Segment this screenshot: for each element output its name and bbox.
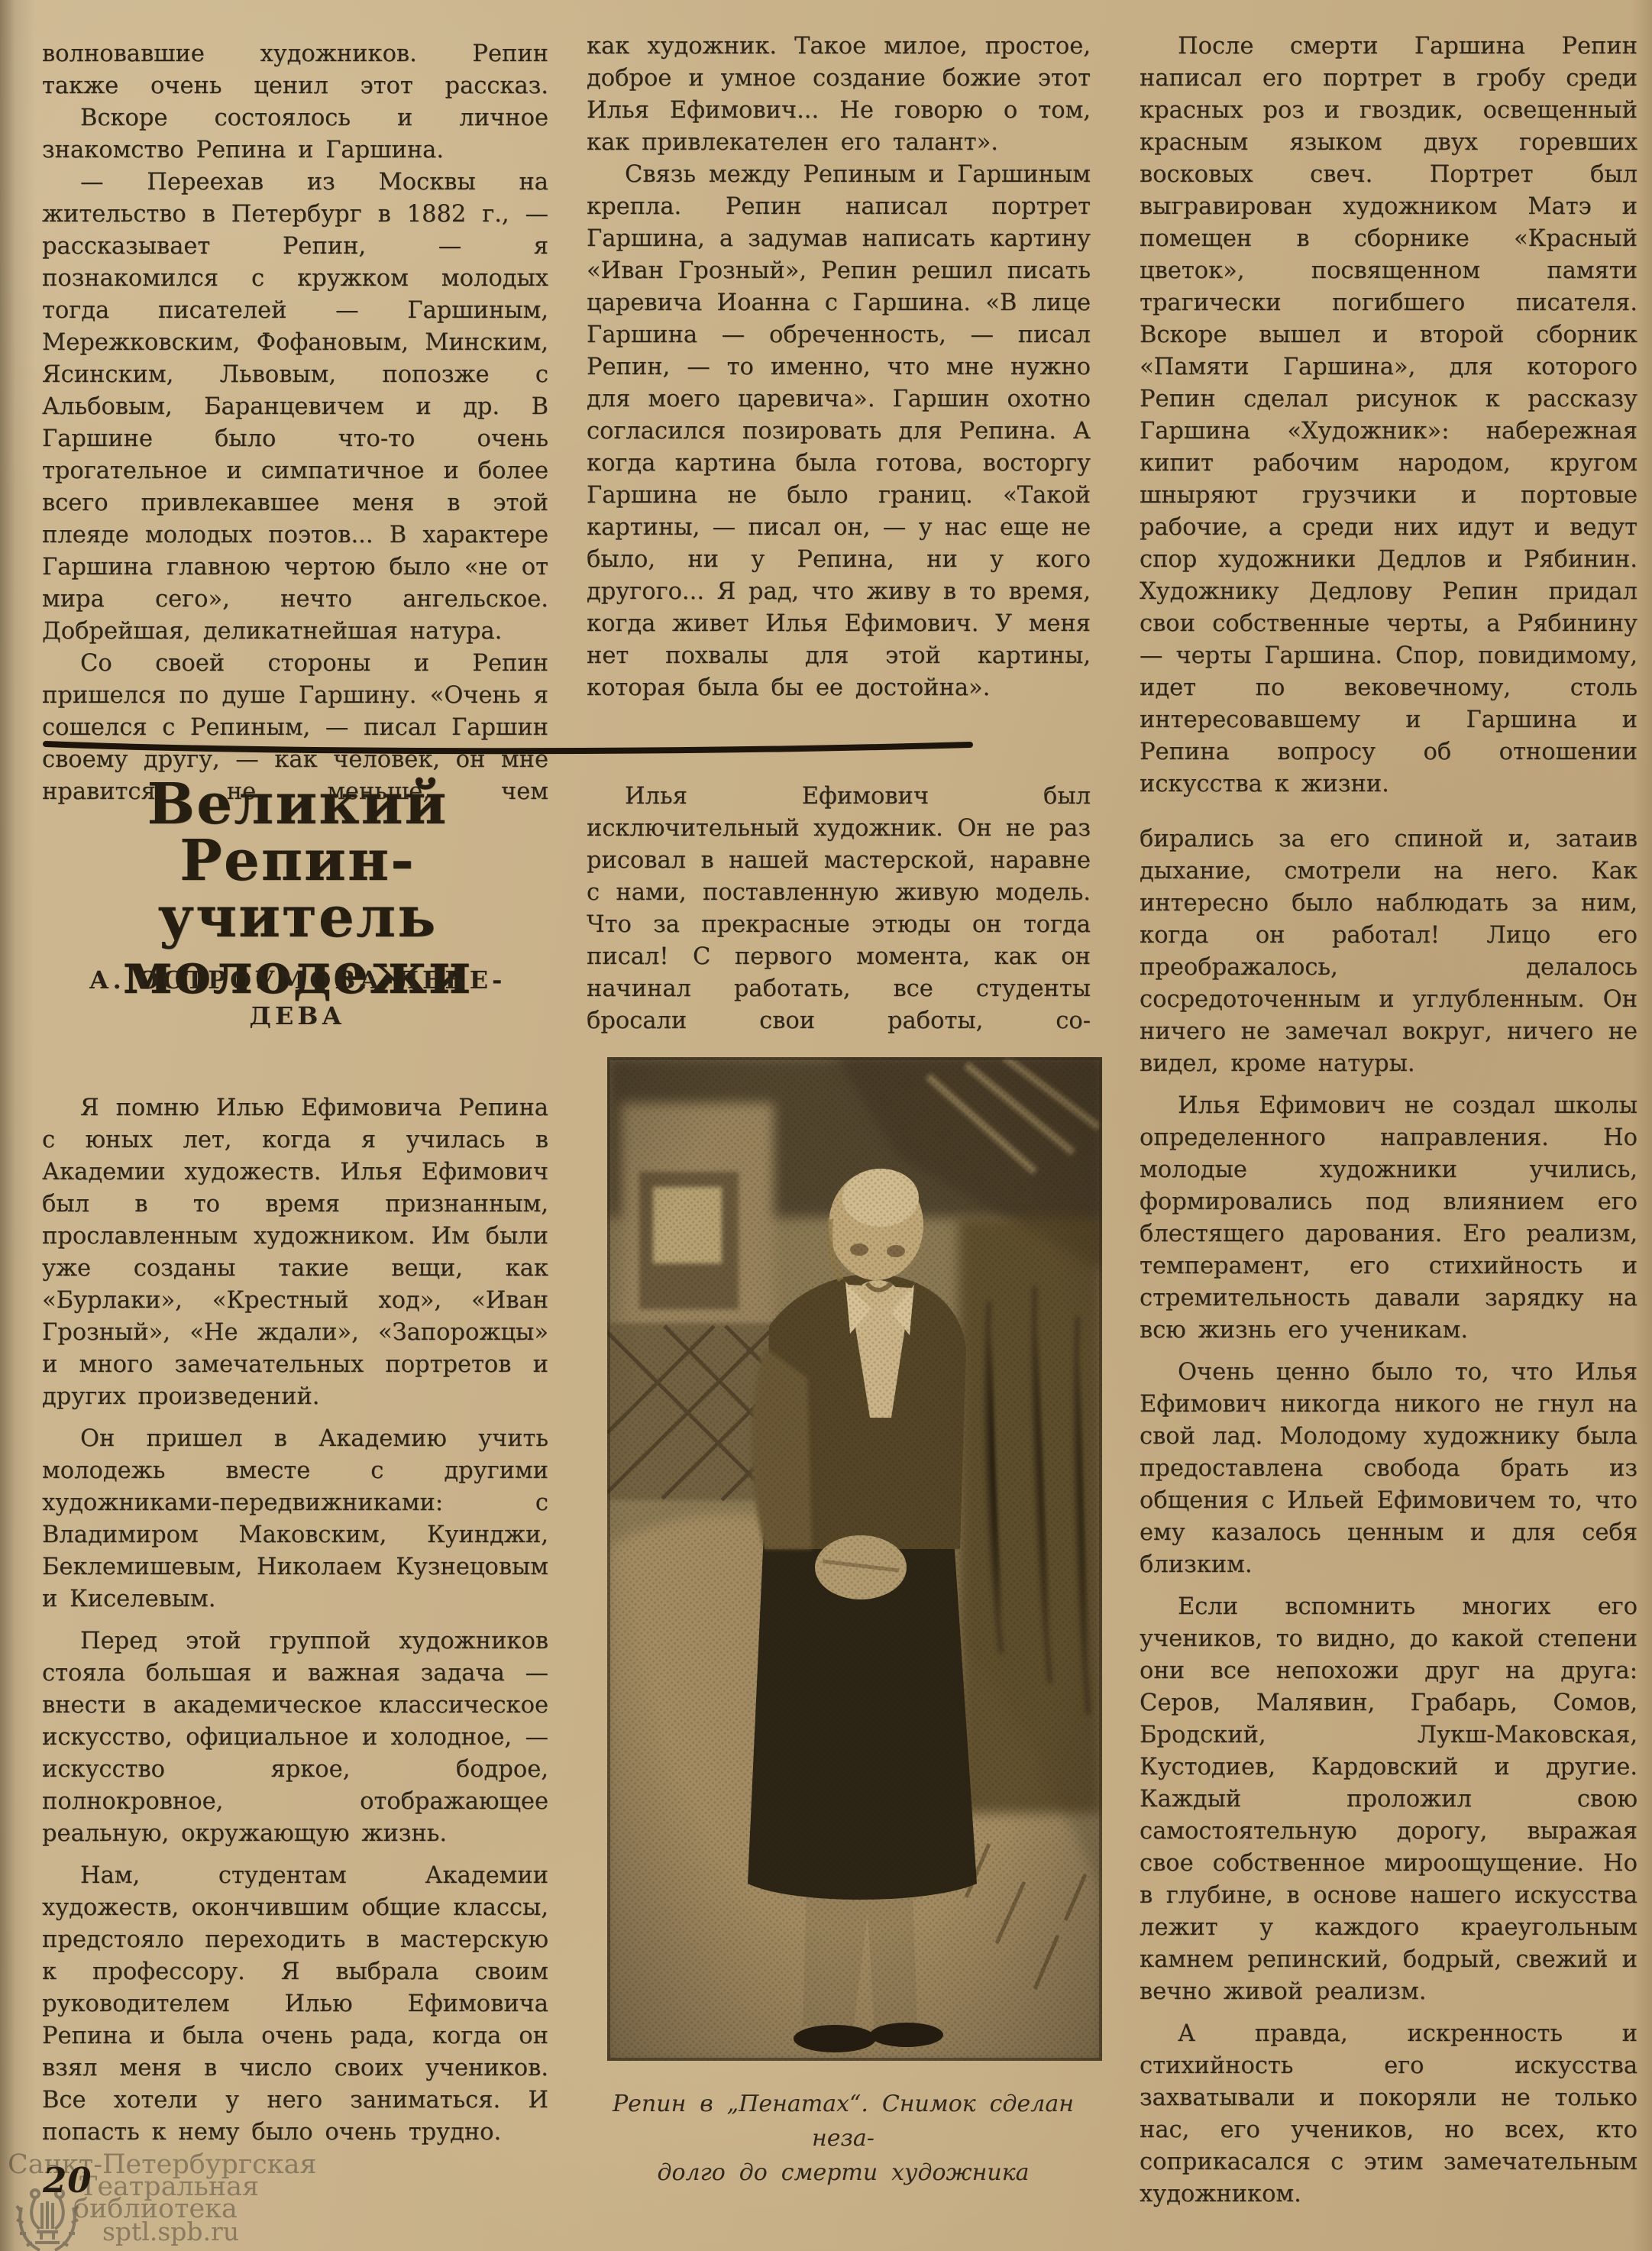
paragraph: Перед этой группой художников стояла бол… [42,1625,548,1850]
author-line: ДЕВА [44,998,551,1034]
column-top-left: волновавшие художников. Репин также очен… [42,38,548,808]
paragraph: Он пришел в Академию учить молодежь вмес… [42,1423,548,1615]
magazine-page: волновавшие художников. Репин также очен… [0,0,1652,2251]
paragraph: бирались за его спиной и, затаив дыхание… [1140,823,1637,1080]
repin-photo [607,1057,1102,2061]
caption-line: долго до смерти художника [587,2156,1100,2190]
column-main-middle: Илья Ефимович был исключительный художни… [587,781,1091,1037]
paragraph: Очень ценно было то, что Илья Ефимович н… [1140,1357,1637,1581]
page-number: 20 [43,2160,92,2201]
paragraph: Илья Ефимович был исключительный художни… [587,781,1091,1037]
paragraph: — Переехав из Москвы на жительство в Пет… [42,167,548,648]
title-line: учитель [44,889,551,946]
paragraph: Связь между Репиным и Гаршиным крепла. Р… [587,159,1091,704]
caption-line: Репин в „Пенатах“. Снимок сделан неза- [587,2087,1100,2156]
article-author: А. ОСТРОУМОВА-ЛЕБЕ- ДЕВА [44,962,551,1034]
paragraph: После смерти Гаршина Репин написал его п… [1140,31,1637,800]
column-right: После смерти Гаршина Репин написал его п… [1140,31,1637,2211]
column-top-middle: как художник. Такое милое, простое, добр… [587,31,1091,704]
paragraph: Я помню Илью Ефимовича Репина с юных лет… [42,1092,548,1413]
column-main-left: Я помню Илью Ефимовича Репина с юных лет… [42,1092,548,2149]
paragraph: Илья Ефимович не создал школы определенн… [1140,1090,1637,1347]
paragraph: Вскоре состоялось и личное знакомство Ре… [42,102,548,167]
paragraph: волновавшие художников. Репин также очен… [42,38,548,102]
paragraph: Нам, студентам Академии художеств, оконч… [42,1860,548,2149]
paragraph: Если вспомнить многих его учеников, то в… [1140,1591,1637,2008]
stamp-line: sptl.spb.ru [102,2220,368,2243]
paragraph: А правда, искренность и стихийность его … [1140,2018,1637,2211]
paragraph: как художник. Такое милое, простое, добр… [587,31,1091,159]
photo-caption: Репин в „Пенатах“. Снимок сделан неза- д… [587,2087,1100,2190]
author-line: А. ОСТРОУМОВА-ЛЕБЕ- [44,962,551,998]
section-divider [43,739,973,756]
title-line: Великий Репин- [44,776,551,889]
